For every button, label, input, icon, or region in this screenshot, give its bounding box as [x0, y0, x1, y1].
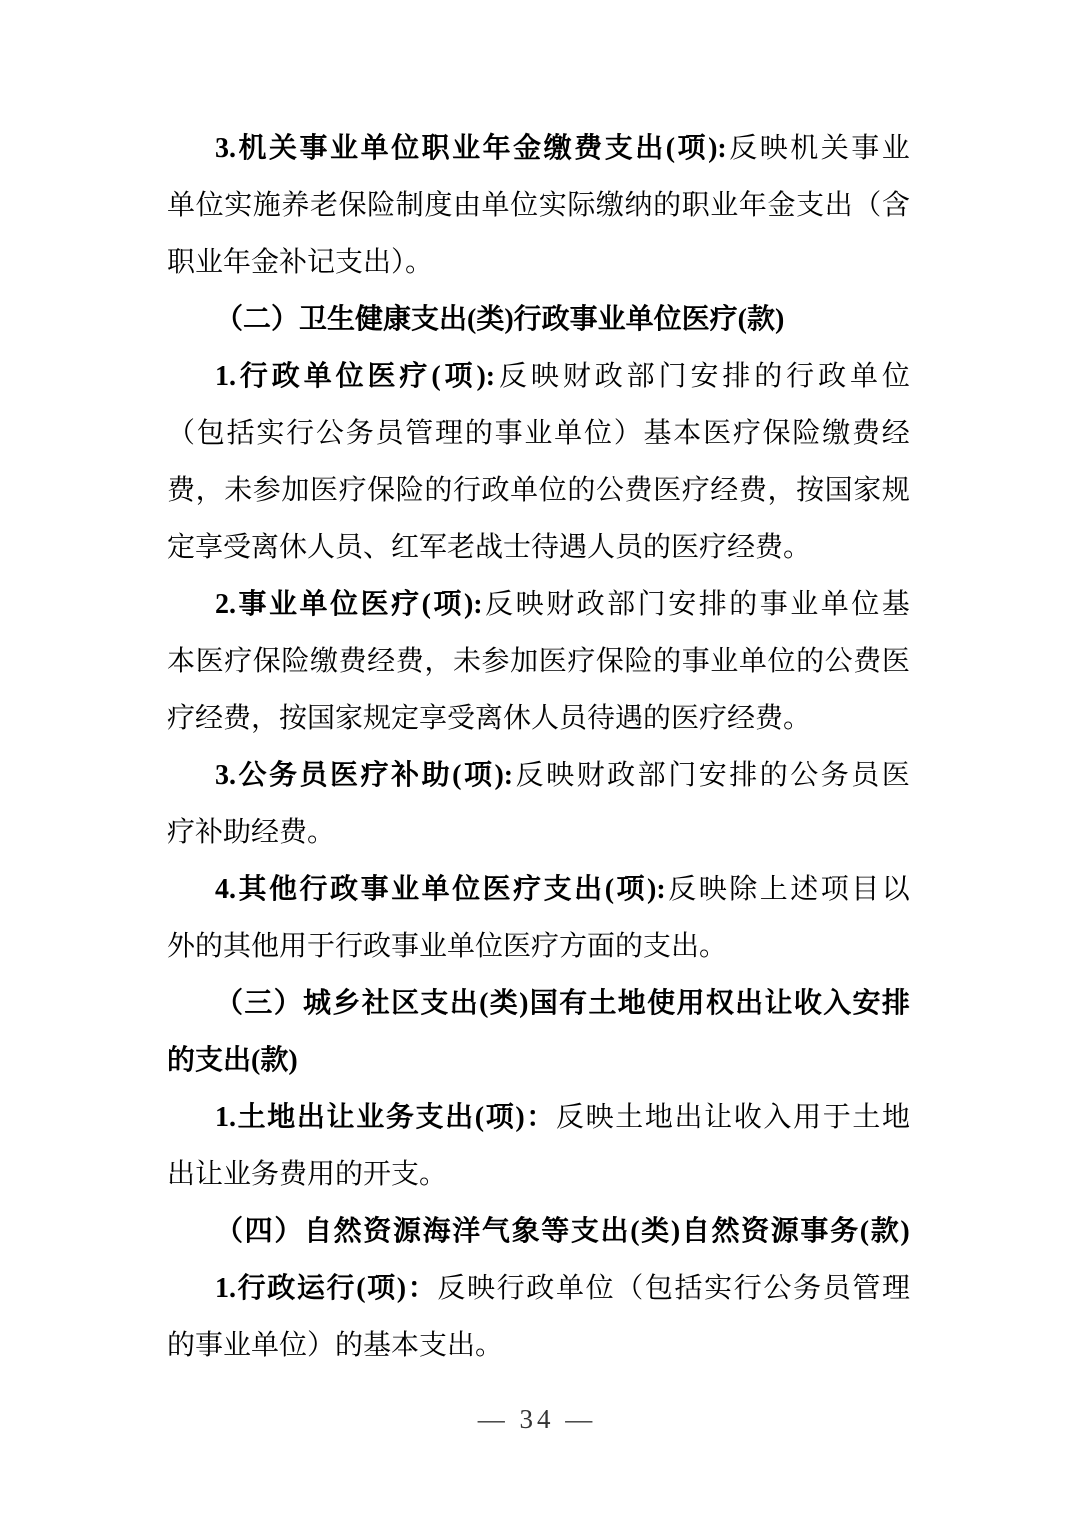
bold-text: 出 — [735, 975, 763, 1032]
bold-text: ( — [356, 1260, 365, 1317]
body-text: 映 — [516, 576, 544, 633]
body-text: 务 — [821, 747, 849, 804]
body-text: 实 — [704, 1260, 732, 1317]
bold-text: 安 — [853, 975, 881, 1032]
body-text: 单 — [167, 177, 195, 234]
body-text: 保 — [596, 633, 624, 690]
bold-text: ): — [476, 348, 495, 405]
bold-text: 业 — [391, 861, 419, 918]
body-text: 施 — [253, 177, 281, 234]
body-text: 保 — [763, 405, 791, 462]
body-text: 单 — [482, 177, 510, 234]
body-text: 反 — [668, 861, 696, 918]
bold-text: 社 — [362, 975, 390, 1032]
body-text: 加 — [510, 633, 538, 690]
body-text: 费 — [396, 633, 424, 690]
bold-text: 3. — [215, 120, 236, 177]
body-text: 机 — [790, 120, 818, 177]
body-text: ， — [767, 462, 795, 519]
bold-text: 行 — [238, 1260, 266, 1317]
bold-text: 医 — [330, 747, 358, 804]
body-text: 职业年金补记支出）。 — [167, 234, 433, 291]
body-text: 政 — [595, 348, 623, 405]
body-text: 财 — [546, 576, 574, 633]
bold-text: 出 — [574, 861, 602, 918]
body-text: 位 — [510, 177, 538, 234]
body-text: 保 — [367, 462, 395, 519]
body-text: 支 — [796, 177, 824, 234]
bold-text: 象 — [512, 1203, 540, 1260]
body-text: 度 — [424, 177, 452, 234]
body-text: 参 — [253, 462, 281, 519]
bold-text: 疗 — [391, 576, 419, 633]
body-text: 由 — [453, 177, 481, 234]
body-text: 疗经费，按国家规定享受离休人员待遇的医疗经费。 — [167, 690, 811, 747]
body-text: 事 — [495, 405, 523, 462]
body-text: 外的其他用于行政事业单位医疗方面的支出。 — [167, 918, 727, 975]
body-text: 门 — [659, 348, 687, 405]
body-text: 医 — [539, 633, 567, 690]
body-text: 公 — [825, 633, 853, 690]
body-text: 业 — [524, 405, 552, 462]
bold-text: ） — [274, 975, 302, 1032]
body-text: （ — [167, 405, 195, 462]
bold-text: 助 — [422, 747, 450, 804]
body-text: 位 — [882, 348, 910, 405]
body-text: 括 — [227, 405, 255, 462]
body-text: 入 — [763, 1089, 791, 1146]
body-text: 基 — [882, 576, 910, 633]
body-text: 排 — [699, 576, 727, 633]
heading-line: （二）卫生健康支出(类)行政事业单位医疗(款) — [167, 291, 910, 348]
body-text: 务 — [346, 405, 374, 462]
body-text: 经 — [882, 405, 910, 462]
body-text: 政 — [607, 747, 635, 804]
body-text: 包 — [197, 405, 225, 462]
body-text: 行 — [734, 1260, 762, 1317]
page-number: — 34 — — [478, 1404, 597, 1434]
bold-text: 支 — [571, 1203, 599, 1260]
bold-text: （ — [215, 1203, 243, 1260]
body-text: 未 — [224, 462, 252, 519]
bold-text: 地 — [618, 975, 646, 1032]
bold-text: ( — [605, 861, 614, 918]
bold-text: 业 — [356, 1089, 384, 1146]
body-text: 行 — [286, 405, 314, 462]
bold-text: 三 — [244, 975, 272, 1032]
bold-text: 项 — [464, 747, 492, 804]
bold-text: 项 — [617, 861, 645, 918]
body-text: 员 — [851, 747, 879, 804]
bold-text: 资 — [741, 1203, 769, 1260]
body-text: 关 — [821, 120, 849, 177]
bold-text: 项 — [445, 348, 473, 405]
body-text: 于 — [823, 1089, 851, 1146]
bold-text: 位 — [336, 348, 364, 405]
body-text: 险 — [367, 177, 395, 234]
body-text: 国 — [825, 462, 853, 519]
body-text: 费 — [852, 405, 880, 462]
body-text: 政 — [526, 1260, 554, 1317]
bold-text: 行 — [327, 1260, 355, 1317]
body-text: 反 — [499, 348, 527, 405]
body-text: 缴 — [822, 405, 850, 462]
body-text: 本 — [167, 633, 195, 690]
bold-text: 医 — [361, 576, 389, 633]
body-text: 包 — [645, 1260, 673, 1317]
bold-text: 事 — [300, 120, 328, 177]
bold-text: 让 — [327, 1089, 355, 1146]
body-text: 疗 — [567, 633, 595, 690]
bold-text: 收 — [794, 975, 822, 1032]
bold-text: 城 — [303, 975, 331, 1032]
bold-text: 3. — [215, 747, 236, 804]
bold-text: 款 — [871, 1203, 899, 1260]
bold-text: 出 — [297, 1089, 325, 1146]
body-text: 本 — [673, 405, 701, 462]
body-text: 出 — [675, 1089, 703, 1146]
bold-text: ： — [526, 1089, 554, 1146]
body-text: 项 — [821, 861, 849, 918]
body-text: 制 — [396, 177, 424, 234]
body-text-line: 外的其他用于行政事业单位医疗方面的支出。 — [167, 918, 910, 975]
bold-text: 事 — [800, 1203, 828, 1260]
body-text: 加 — [281, 462, 309, 519]
bold-text: 出 — [445, 1089, 473, 1146]
bold-text: 项 — [486, 1089, 514, 1146]
bold-text: 职 — [422, 120, 450, 177]
body-text: 保 — [339, 177, 367, 234]
bold-text: ： — [408, 1260, 436, 1317]
body-text-line: 费，未参加医疗保险的行政单位的公费医疗经费，按国家规 — [167, 462, 910, 519]
bold-text: 支 — [605, 120, 633, 177]
body-text: 疗补助经费。 — [167, 804, 335, 861]
bold-text: 位 — [452, 861, 480, 918]
body-text-line: 疗经费，按国家规定享受离休人员待遇的医疗经费。 — [167, 690, 910, 747]
body-text: 规 — [882, 462, 910, 519]
bold-text: 运 — [297, 1260, 325, 1317]
body-text: 职 — [682, 177, 710, 234]
body-text: 的 — [465, 405, 493, 462]
bold-text: ): — [494, 747, 513, 804]
bold-text: 然 — [711, 1203, 739, 1260]
bold-text: 事 — [361, 861, 389, 918]
bold-text: 4. — [215, 861, 236, 918]
bold-text: 机 — [239, 120, 267, 177]
body-text: 反 — [729, 120, 757, 177]
body-text: 位 — [851, 576, 879, 633]
body-text: 括 — [675, 1260, 703, 1317]
bold-text: 1. — [215, 1089, 236, 1146]
body-text: 出让业务费用的开支。 — [167, 1146, 447, 1203]
body-text: 医 — [310, 462, 338, 519]
body-text: 的 — [567, 462, 595, 519]
body-text: 保 — [253, 633, 281, 690]
bold-text: 单 — [300, 576, 328, 633]
bold-text: 土 — [588, 975, 616, 1032]
page-footer: — 34 — — [0, 1402, 1074, 1436]
body-text: 员 — [823, 1260, 851, 1317]
body-text: 行 — [453, 462, 481, 519]
body-text-line: 1.土地出让业务支出(项)：反映土地出让收入用于土地 — [167, 1089, 910, 1146]
bold-text: 权 — [706, 975, 734, 1032]
body-text: ） — [614, 405, 642, 462]
bold-text: 支 — [544, 861, 572, 918]
body-text: 用 — [793, 1089, 821, 1146]
bold-text: 关 — [269, 120, 297, 177]
body-text: 管 — [852, 1260, 880, 1317]
body-text: 单 — [850, 348, 878, 405]
body-text: 反 — [556, 1089, 584, 1146]
bold-text: 费 — [574, 120, 602, 177]
body-text-line: 1.行政运行(项)：反映行政单位（包括实行公务员管理 — [167, 1260, 910, 1317]
heading-line: （三）城乡社区支出(类)国有土地使用权出让收入安排 — [167, 975, 910, 1032]
body-text: 的事业单位）的基本支出。 — [167, 1317, 503, 1374]
bold-text: 区 — [391, 975, 419, 1032]
body-text-line: 定享受离休人员、红军老战士待遇人员的医疗经费。 — [167, 519, 910, 576]
body-text-line: 疗补助经费。 — [167, 804, 910, 861]
bold-text: ) — [900, 1203, 909, 1260]
bold-text: 排 — [882, 975, 910, 1032]
bold-text: 国 — [530, 975, 558, 1032]
bold-text: 出 — [450, 975, 478, 1032]
body-text: 费 — [625, 462, 653, 519]
body-text: 让 — [704, 1089, 732, 1146]
bold-text: 项 — [367, 1260, 395, 1317]
body-text: 部 — [638, 747, 666, 804]
body-text: 映 — [699, 861, 727, 918]
bold-text: 单 — [304, 348, 332, 405]
bold-text: ) — [515, 1089, 524, 1146]
bold-text: ( — [666, 120, 675, 177]
body-text: 疗 — [682, 462, 710, 519]
body-text: 业 — [710, 177, 738, 234]
body-text-line: 出让业务费用的开支。 — [167, 1146, 910, 1203]
bold-text: 业 — [269, 576, 297, 633]
body-text: 险 — [396, 462, 424, 519]
bold-text: 位 — [391, 120, 419, 177]
bold-text: 金 — [513, 120, 541, 177]
body-text-line: 4.其他行政事业单位医疗支出(项):反映除上述项目以 — [167, 861, 910, 918]
body-text: 的 — [653, 177, 681, 234]
body-text: 纳 — [625, 177, 653, 234]
body-text: 反 — [485, 576, 513, 633]
body-text: 位 — [196, 177, 224, 234]
heading-line: 的支出(款) — [167, 1032, 910, 1089]
bold-text: 业 — [330, 120, 358, 177]
body-text: 安 — [690, 348, 718, 405]
body-text: 金 — [767, 177, 795, 234]
bold-text: 疗 — [399, 348, 427, 405]
body-text: 费 — [853, 633, 881, 690]
body-text: 政 — [818, 348, 846, 405]
body-text: 员 — [375, 405, 403, 462]
body-text-line: 职业年金补记支出）。 — [167, 234, 910, 291]
body-text: 地 — [882, 1089, 910, 1146]
body-text: 业 — [790, 576, 818, 633]
bold-text: 海 — [423, 1203, 451, 1260]
body-text: 基 — [644, 405, 672, 462]
bold-text: ) — [519, 975, 528, 1032]
body-text: 理 — [882, 1260, 910, 1317]
body-text: 安 — [668, 576, 696, 633]
body-text: 按 — [796, 462, 824, 519]
bold-text: 行 — [300, 861, 328, 918]
bold-text: 类 — [641, 1203, 669, 1260]
body-text: 收 — [734, 1089, 762, 1146]
heading-line: （四）自然资源海洋气象等支出(类)自然资源事务(款) — [167, 1203, 910, 1260]
bold-text: ( — [475, 1089, 484, 1146]
bold-text: ): — [464, 576, 483, 633]
bold-text: ) — [397, 1260, 406, 1317]
bold-text: 政 — [267, 1260, 295, 1317]
body-text: ， — [196, 462, 224, 519]
body-text-line: 单位实施养老保险制度由单位实际缴纳的职业年金支出（含 — [167, 177, 910, 234]
bold-text: 出 — [601, 1203, 629, 1260]
body-text: 反 — [437, 1260, 465, 1317]
body-text: 单 — [554, 405, 582, 462]
bold-text: （ — [215, 975, 243, 1032]
body-text: 门 — [668, 747, 696, 804]
body-text: 老 — [310, 177, 338, 234]
body-text: 养 — [281, 177, 309, 234]
body-text: 行 — [497, 1260, 525, 1317]
body-text: 单 — [821, 576, 849, 633]
body-text: 际 — [567, 177, 595, 234]
bold-text: 洋 — [452, 1203, 480, 1260]
body-text: 的 — [653, 633, 681, 690]
body-text-line: 的事业单位）的基本支出。 — [167, 1317, 910, 1374]
body-text: 定享受离休人员、红军老战士待遇人员的医疗经费。 — [167, 519, 811, 576]
bold-text: 务 — [386, 1089, 414, 1146]
body-text: 业 — [882, 120, 910, 177]
body-text: 医 — [882, 633, 910, 690]
body-text: 行 — [786, 348, 814, 405]
bold-text: 自 — [682, 1203, 710, 1260]
body-text: 的 — [424, 462, 452, 519]
body-text: 映 — [467, 1260, 495, 1317]
body-text: 映 — [546, 747, 574, 804]
body-text: 映 — [531, 348, 559, 405]
bold-text: 乡 — [332, 975, 360, 1032]
bold-text: ( — [422, 576, 431, 633]
bold-text: 公 — [239, 747, 267, 804]
body-text-line: 1.行政单位医疗(项):反映财政部门安排的行政单位 — [167, 348, 910, 405]
bold-text: 务 — [269, 747, 297, 804]
bold-text: 其 — [239, 861, 267, 918]
bold-text: 1. — [215, 348, 236, 405]
bold-text: ): — [708, 120, 727, 177]
body-text: 险 — [625, 633, 653, 690]
bold-text: 年 — [483, 120, 511, 177]
body-text: 单 — [510, 462, 538, 519]
body-text: 理 — [435, 405, 463, 462]
body-text: 反 — [516, 747, 544, 804]
bold-text: 四 — [245, 1203, 273, 1260]
body-text: 的 — [760, 747, 788, 804]
bold-text: 事 — [239, 576, 267, 633]
bold-text: 位 — [330, 576, 358, 633]
body-text: 地 — [645, 1089, 673, 1146]
body-text: 位 — [539, 462, 567, 519]
body-text: 险 — [281, 633, 309, 690]
body-text: 财 — [563, 348, 591, 405]
body-text-line: 3.机关事业单位职业年金缴费支出(项):反映机关事业 — [167, 120, 910, 177]
body-text: ， — [424, 633, 452, 690]
bold-text: 他 — [269, 861, 297, 918]
body-text: 事 — [760, 576, 788, 633]
body-text: 费 — [167, 462, 195, 519]
bold-text: 入 — [823, 975, 851, 1032]
body-text: 排 — [729, 747, 757, 804]
body-text: 位 — [584, 405, 612, 462]
body-text: 年 — [739, 177, 767, 234]
bold-text: 单 — [422, 861, 450, 918]
bold-text: 等 — [541, 1203, 569, 1260]
body-text: （ — [615, 1260, 643, 1317]
bold-text: 源 — [393, 1203, 421, 1260]
bold-text: ( — [860, 1203, 869, 1260]
body-text: 映 — [760, 120, 788, 177]
body-text: 位 — [586, 1260, 614, 1317]
bold-text: 行 — [240, 348, 268, 405]
bold-text: 2. — [215, 576, 236, 633]
bold-text: 缴 — [544, 120, 572, 177]
bold-text: 然 — [334, 1203, 362, 1260]
bold-text: 支 — [420, 975, 448, 1032]
body-text: 实 — [224, 177, 252, 234]
body-text: 目 — [851, 861, 879, 918]
body-text: 安 — [699, 747, 727, 804]
bold-text: ） — [274, 1203, 302, 1260]
bold-text: ( — [479, 975, 488, 1032]
body-text: 述 — [790, 861, 818, 918]
bold-text: 单 — [361, 120, 389, 177]
body-text-line: （包括实行公务员管理的事业单位）基本医疗保险缴费经 — [167, 405, 910, 462]
body-text: 部 — [607, 576, 635, 633]
bold-text: 疗 — [513, 861, 541, 918]
bold-text: 地 — [267, 1089, 295, 1146]
body-text: 土 — [615, 1089, 643, 1146]
body-text: 经 — [367, 633, 395, 690]
bold-text: 有 — [559, 975, 587, 1032]
body-text: 政 — [482, 462, 510, 519]
bold-text: 支 — [415, 1089, 443, 1146]
body-text: 缴 — [310, 633, 338, 690]
body-text: 实 — [539, 177, 567, 234]
bold-text: 医 — [483, 861, 511, 918]
document-page: 3.机关事业单位职业年金缴费支出(项):反映机关事业单位实施养老保险制度由单位实… — [0, 0, 1074, 1520]
body-text: 疗 — [339, 462, 367, 519]
body-text: 险 — [792, 405, 820, 462]
bold-text: 自 — [304, 1203, 332, 1260]
bold-text: 类 — [490, 975, 518, 1032]
body-text: 公 — [763, 1260, 791, 1317]
body-text: 映 — [586, 1089, 614, 1146]
body-text: 医 — [703, 405, 731, 462]
bold-text: 1. — [215, 1260, 236, 1317]
document-body: 3.机关事业单位职业年金缴费支出(项):反映机关事业单位实施养老保险制度由单位实… — [167, 120, 910, 1374]
body-text: 的 — [729, 576, 757, 633]
bold-text: 气 — [482, 1203, 510, 1260]
body-text: 含 — [882, 177, 910, 234]
body-text: 费 — [339, 633, 367, 690]
bold-text: ( — [630, 1203, 639, 1260]
bold-text: ( — [431, 348, 440, 405]
body-text: 家 — [853, 462, 881, 519]
body-text: 务 — [793, 1260, 821, 1317]
body-text: 疗 — [224, 633, 252, 690]
